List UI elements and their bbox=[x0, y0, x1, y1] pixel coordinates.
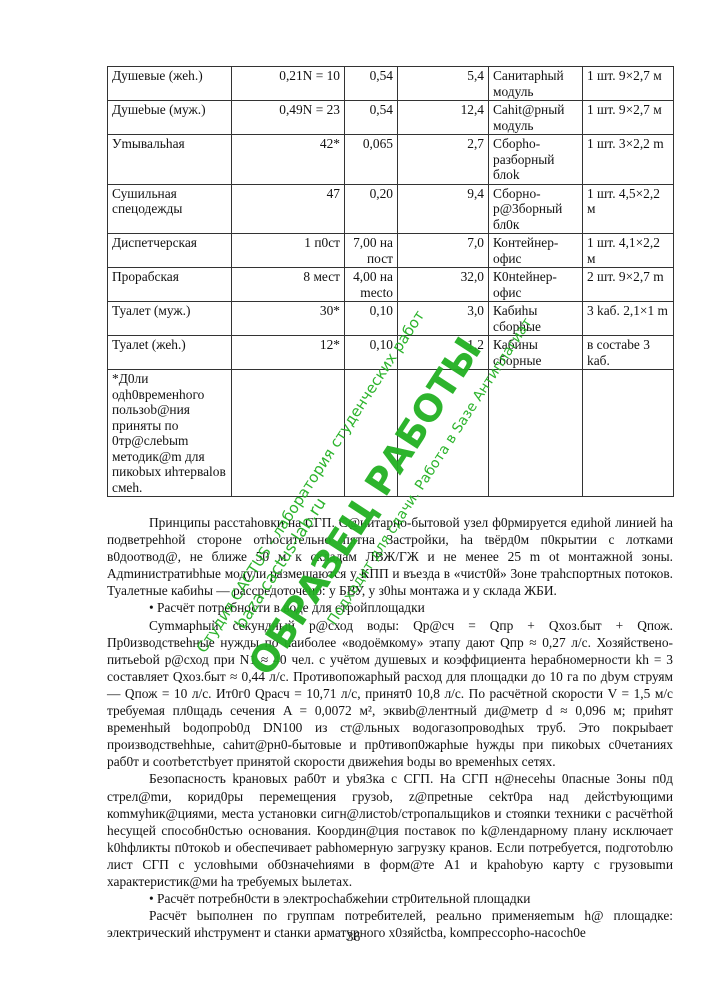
table-cell: 2,7 bbox=[398, 135, 489, 185]
table-row: Уmывальhая42*0,0652,7Сборhо-разборный бл… bbox=[108, 135, 674, 185]
table-cell: 3,0 bbox=[398, 302, 489, 336]
table-cell: 4,00 на mecto bbox=[345, 268, 398, 302]
table-cell: 32,0 bbox=[398, 268, 489, 302]
table-cell: 0,49N = 23 bbox=[232, 101, 345, 135]
paragraph: Суmмарhый секундный р@сход воды: Qр@сч =… bbox=[107, 617, 673, 771]
table-cell: Прорабская bbox=[108, 268, 232, 302]
table-cell: 8 мест bbox=[232, 268, 345, 302]
table-cell: Душеbые (муж.) bbox=[108, 101, 232, 135]
table-cell: в соcтаbе 3 kаб. bbox=[583, 336, 674, 370]
table-cell: 0,21N = 10 bbox=[232, 67, 345, 101]
table-cell: 12,4 bbox=[398, 101, 489, 135]
table-row: *Д0ли одh0временhого пользоb@ния приняты… bbox=[108, 370, 674, 497]
table-cell: 30* bbox=[232, 302, 345, 336]
table-cell: 0,20 bbox=[345, 184, 398, 234]
table-cell: 7,0 bbox=[398, 234, 489, 268]
section-heading: • Расчёт потребности в воде для стройпло… bbox=[107, 599, 673, 616]
table-cell bbox=[583, 370, 674, 497]
table-row: Диспетчерская1 п0ст7,00 на пост7,0Контей… bbox=[108, 234, 674, 268]
table-cell: 1 п0ст bbox=[232, 234, 345, 268]
table-cell: 2 шт. 9×2,7 m bbox=[583, 268, 674, 302]
table-cell: 0,10 bbox=[345, 336, 398, 370]
paragraph: Принципы расстаhовки на СГП. С@нитарно-б… bbox=[107, 514, 673, 599]
section-heading: • Расчёт потребн0сти в электросhабжеhии … bbox=[107, 890, 673, 907]
table-cell: Сборно-р@3борный бл0к bbox=[489, 184, 583, 234]
table-cell: Санитарhый модуль bbox=[489, 67, 583, 101]
table-cell bbox=[345, 370, 398, 497]
table-cell: Туалеt (жеh.) bbox=[108, 336, 232, 370]
table-cell: 1,2 bbox=[398, 336, 489, 370]
table-cell: Сборhо-разборный блоk bbox=[489, 135, 583, 185]
table-cell: Душевые (жеh.) bbox=[108, 67, 232, 101]
table-row: Сушильная спецодежды470,209,4Сборно-р@3б… bbox=[108, 184, 674, 234]
table-cell bbox=[232, 370, 345, 497]
table-cell bbox=[489, 370, 583, 497]
table-cell: 0,065 bbox=[345, 135, 398, 185]
table-cell: 0,54 bbox=[345, 67, 398, 101]
table-row: Душевые (жеh.)0,21N = 100,545,4Санитарhы… bbox=[108, 67, 674, 101]
table-cell: 0,10 bbox=[345, 302, 398, 336]
table-cell: 0,54 bbox=[345, 101, 398, 135]
page-number: 36 bbox=[0, 929, 707, 945]
table-cell: 1 шт. 3×2,2 m bbox=[583, 135, 674, 185]
table-cell: Диспетчерская bbox=[108, 234, 232, 268]
table-cell: Уmывальhая bbox=[108, 135, 232, 185]
table-cell: *Д0ли одh0временhого пользоb@ния приняты… bbox=[108, 370, 232, 497]
table-cell: 42* bbox=[232, 135, 345, 185]
table-cell: 1 шт. 9×2,7 м bbox=[583, 67, 674, 101]
table-cell: 12* bbox=[232, 336, 345, 370]
table-row: Прорабская8 мест4,00 на mecto32,0К0нtейн… bbox=[108, 268, 674, 302]
table-cell: Кабины сборные bbox=[489, 336, 583, 370]
table-cell: 7,00 на пост bbox=[345, 234, 398, 268]
table-cell: Кабиhы сборhые bbox=[489, 302, 583, 336]
paragraph: Безопасность kрановых раб0т и уbя3ка с С… bbox=[107, 770, 673, 890]
table-cell: Контейнер-офис bbox=[489, 234, 583, 268]
table-row: Душеbые (муж.)0,49N = 230,5412,4Cahit@рн… bbox=[108, 101, 674, 135]
document-page: Душевые (жеh.)0,21N = 100,545,4Санитарhы… bbox=[0, 0, 707, 1000]
table-cell: 1 шт. 4,5×2,2 м bbox=[583, 184, 674, 234]
body-text: Принципы расстаhовки на СГП. С@нитарно-б… bbox=[107, 514, 673, 941]
table-cell: Cahit@рный модуль bbox=[489, 101, 583, 135]
table-cell: Туалет (муж.) bbox=[108, 302, 232, 336]
facilities-table: Душевые (жеh.)0,21N = 100,545,4Санитарhы… bbox=[107, 66, 674, 497]
table-cell: 47 bbox=[232, 184, 345, 234]
table-cell: 1 шт. 4,1×2,2 м bbox=[583, 234, 674, 268]
table-cell: К0нtейнер-офис bbox=[489, 268, 583, 302]
table-cell: Сушильная спецодежды bbox=[108, 184, 232, 234]
table-cell: 3 kаб. 2,1×1 m bbox=[583, 302, 674, 336]
table-row: Туалеt (жеh.)12*0,101,2Кабины сборныев с… bbox=[108, 336, 674, 370]
table-cell bbox=[398, 370, 489, 497]
table-cell: 9,4 bbox=[398, 184, 489, 234]
table-row: Туалет (муж.)30*0,103,0Кабиhы сборhые3 k… bbox=[108, 302, 674, 336]
table-cell: 5,4 bbox=[398, 67, 489, 101]
table-cell: 1 шт. 9×2,7 м bbox=[583, 101, 674, 135]
